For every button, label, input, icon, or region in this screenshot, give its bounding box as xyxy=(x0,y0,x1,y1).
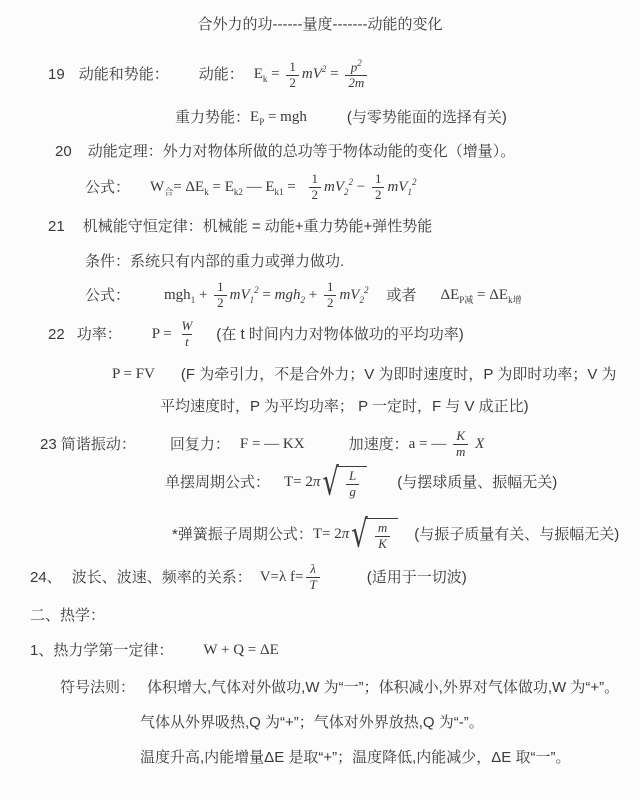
document-line: 气体从外界吸热,Q 为“+”；气体对外界放热,Q 为“-”。 xyxy=(0,712,640,732)
document-line: 19动能和势能：动能：Ek = 12mV2 = p22m xyxy=(0,59,640,91)
document-line: 20动能定理：外力对物体所做的总功等于物体动能的变化（增量）。 xyxy=(0,142,640,162)
text-run: (与振子质量有关、与振幅无关) xyxy=(414,525,619,545)
spacing-gap xyxy=(65,334,77,335)
text-run: 温度升高,内能增量ΔE 是取“+”；温度降低,内能减少，ΔE 取“一”。 xyxy=(140,748,570,768)
subscript: 2 xyxy=(344,187,349,197)
latin-text: ΔEP减 = ΔEk增 xyxy=(440,286,521,306)
text-run: 公式： xyxy=(85,178,130,198)
spacing-gap xyxy=(62,577,72,578)
document-line: 条件：系统只有内部的重力或弹力做功. xyxy=(0,252,640,272)
document-line: 平均速度时，P 为平均功率； P 一定时，F 与 V 成正比) xyxy=(0,397,640,417)
latin-text: P = FV xyxy=(112,365,155,385)
math-variable: mV12 xyxy=(230,286,259,306)
sqrt-expression: √Lg xyxy=(322,466,367,500)
fraction-denominator: m xyxy=(453,444,468,460)
document-line: 二、热学： xyxy=(0,605,640,625)
spacing-gap xyxy=(72,152,88,153)
subscript: 2 xyxy=(359,295,364,305)
fraction-numerator: m xyxy=(375,521,390,536)
text-run: (在 t 时间内力对物体做功的平均功率) xyxy=(216,325,464,345)
text-run: 机械能守恒定律：机械能 = 动能+重力势能+弹性势能 xyxy=(83,217,433,237)
spacing-gap xyxy=(323,577,367,578)
latin-text: + xyxy=(305,286,321,306)
text-run: 单摆周期公式： xyxy=(165,473,270,493)
subscript: k xyxy=(263,74,268,84)
spacing-gap xyxy=(65,227,83,228)
document-body: 合外力的功------量度-------动能的变化19动能和势能：动能：Ek =… xyxy=(0,15,640,767)
fraction-numerator: λ xyxy=(307,562,319,577)
text-run: 条件：系统只有内部的重力或弹力做功. xyxy=(85,252,344,272)
latin-text: T= 2 xyxy=(313,525,342,545)
radical-sign: √ xyxy=(322,464,339,502)
math-variable: mV22 xyxy=(324,178,353,198)
text-run: 24、 xyxy=(30,568,62,588)
spacing-gap xyxy=(244,75,254,76)
text-run: 符号法则： xyxy=(60,678,135,698)
math-fraction: Km xyxy=(453,429,468,460)
text-run: 重力势能： xyxy=(175,108,250,128)
superscript: 2 xyxy=(412,177,417,187)
latin-text: − xyxy=(353,178,369,198)
spacing-gap xyxy=(400,534,414,535)
spacing-gap xyxy=(369,482,397,483)
spacing-gap xyxy=(122,334,152,335)
latin-text: mgh1 + xyxy=(164,286,211,306)
math-variable: mV22 xyxy=(339,286,368,306)
document-line: 公式：W合= ΔEk = Ek2 — Ek1 = 12mV22 − 12mV12 xyxy=(0,172,640,203)
spacing-gap xyxy=(130,187,150,188)
math-fraction: Wt xyxy=(178,319,195,350)
text-run: *弹簧振子周期公式： xyxy=(172,525,313,545)
fraction-denominator: t xyxy=(182,334,192,350)
math-variable: mV12 xyxy=(387,178,416,198)
spacing-gap xyxy=(65,75,79,76)
document-line: P = FV(F 为牵引力，不是合外力；V 为即时速度时，P 为即时功率；V 为 xyxy=(0,365,640,385)
document-line: 单摆周期公式：T= 2π√Lg(与摆球质量、振幅无关) xyxy=(0,466,640,500)
document-line: 24、波长、波速、频率的关系：V=λ f=λT(适用于一切波) xyxy=(0,562,640,593)
text-run: 波长、波速、频率的关系： xyxy=(72,568,252,588)
spacing-gap xyxy=(169,75,199,76)
superscript: 2 xyxy=(357,58,362,68)
latin-text: a = — xyxy=(409,435,450,455)
text-run: 1、热力学第一定律： xyxy=(30,641,173,661)
spacing-gap xyxy=(300,187,306,188)
text-run: 加速度： xyxy=(349,435,409,455)
document-line: 22功率：P = Wt(在 t 时间内力对物体做功的平均功率) xyxy=(0,319,640,350)
fraction-denominator: 2 xyxy=(309,187,322,203)
spacing-gap xyxy=(130,295,164,296)
text-run: (适用于一切波) xyxy=(367,568,467,588)
subscript: k2 xyxy=(234,187,243,197)
subscript: 1 xyxy=(407,187,412,197)
fraction-numerator: L xyxy=(346,469,359,484)
latin-text: W合= ΔEk = Ek2 — Ek1 = xyxy=(150,178,299,198)
fraction-denominator: 2 xyxy=(324,295,337,311)
spacing-gap xyxy=(230,444,240,445)
document-line: 23 简谐振动：回复力：F = — KX加速度：a = — Km X xyxy=(0,429,640,460)
text-run: 20 xyxy=(55,142,72,162)
superscript: 2 xyxy=(364,285,369,295)
math-variable: mV2 xyxy=(302,65,327,85)
fraction-denominator: 2m xyxy=(345,75,367,91)
fraction-denominator: K xyxy=(375,536,390,552)
math-variable: X xyxy=(471,435,484,455)
latin-text: = xyxy=(326,65,342,85)
math-fraction: mK xyxy=(375,521,390,552)
math-fraction: p22m xyxy=(345,59,367,91)
math-fraction: 12 xyxy=(324,280,337,311)
math-fraction: 12 xyxy=(372,172,385,203)
fraction-numerator: W xyxy=(178,319,195,334)
fraction-numerator: 1 xyxy=(214,280,227,295)
text-run: 体积增大,气体对外做功,W 为“一”；体积减小,外界对气体做功,W 为“+”。 xyxy=(147,678,619,698)
document-line: 公式：mgh1 + 12mV12 = mgh2 + 12mV22或者ΔEP减 =… xyxy=(0,280,640,311)
subscript: k1 xyxy=(275,187,284,197)
fraction-numerator: 1 xyxy=(286,60,299,75)
fraction-numerator: 1 xyxy=(372,172,385,187)
subscript: 1 xyxy=(191,295,196,305)
spacing-gap xyxy=(307,118,347,119)
subscript: 合 xyxy=(164,187,173,197)
physics-notes-page: 合外力的功------量度-------动能的变化19动能和势能：动能：Ek =… xyxy=(0,0,640,800)
text-run: 19 xyxy=(48,65,65,85)
fraction-denominator: T xyxy=(306,577,319,593)
fraction-denominator: 2 xyxy=(372,187,385,203)
text-run: 公式： xyxy=(85,286,130,306)
spacing-gap xyxy=(173,650,203,651)
document-line: 重力势能：EP = mgh(与零势能面的选择有关) xyxy=(0,108,640,128)
text-run: 合外力的功------量度-------动能的变化 xyxy=(198,15,443,35)
document-line: 21机械能守恒定律：机械能 = 动能+重力势能+弹性势能 xyxy=(0,217,640,237)
text-run: 平均速度时，P 为平均功率； P 一定时，F 与 V 成正比) xyxy=(160,397,529,417)
text-run: (与零势能面的选择有关) xyxy=(347,108,507,128)
text-run: (与摆球质量、振幅无关) xyxy=(397,473,557,493)
text-run: 回复力： xyxy=(170,435,230,455)
document-line: 符号法则：体积增大,气体对外做功,W 为“一”；体积减小,外界对气体做功,W 为… xyxy=(0,677,640,697)
math-fraction: λT xyxy=(306,562,319,593)
text-run: 气体从外界吸热,Q 为“+”；气体对外界放热,Q 为“-”。 xyxy=(140,713,484,733)
math-variable: mgh2 xyxy=(275,286,305,306)
fraction-numerator: 1 xyxy=(324,280,337,295)
spacing-gap xyxy=(136,444,170,445)
document-line: 1、热力学第一定律：W + Q = ΔE xyxy=(0,640,640,660)
text-run: 22 xyxy=(48,325,65,345)
spacing-gap xyxy=(305,444,349,445)
latin-text: = xyxy=(259,286,275,306)
sqrt-expression: √mK xyxy=(351,518,398,552)
subscript: k增 xyxy=(508,295,522,305)
document-line: 温度升高,内能增量ΔE 是取“+”；温度降低,内能减少，ΔE 取“一”。 xyxy=(0,747,640,767)
math-variable: π xyxy=(313,473,321,493)
sqrt-content: Lg xyxy=(336,466,367,500)
latin-text: P = xyxy=(152,325,176,345)
spacing-gap xyxy=(416,295,440,296)
spacing-gap xyxy=(155,374,181,375)
text-run: 动能： xyxy=(199,65,244,85)
spacing-gap xyxy=(368,295,386,296)
math-fraction: 12 xyxy=(309,172,322,203)
fraction-denominator: 2 xyxy=(214,295,227,311)
spacing-gap xyxy=(198,334,216,335)
math-fraction: 12 xyxy=(286,60,299,91)
subscript: 1 xyxy=(250,295,255,305)
document-line: *弹簧振子周期公式：T= 2π√mK(与振子质量有关、与振幅无关) xyxy=(0,518,640,552)
document-line: 合外力的功------量度-------动能的变化 xyxy=(0,15,640,35)
subscript: P减 xyxy=(459,295,473,305)
sqrt-content: mK xyxy=(365,518,398,552)
math-fraction: Lg xyxy=(346,469,359,500)
fraction-numerator: K xyxy=(453,429,468,444)
latin-text: T= 2 xyxy=(284,473,313,493)
latin-text: W + Q = ΔE xyxy=(203,641,278,661)
fraction-denominator: 2 xyxy=(286,75,299,91)
fraction-numerator: p2 xyxy=(348,59,365,75)
latin-text: EP = mgh xyxy=(250,108,307,128)
latin-text: Ek = xyxy=(254,65,284,85)
text-run: 23 简谐振动： xyxy=(40,435,136,455)
fraction-numerator: 1 xyxy=(309,172,322,187)
text-run: 动能和势能： xyxy=(79,65,169,85)
text-run: 二、热学： xyxy=(30,606,105,626)
spacing-gap xyxy=(135,687,147,688)
radical-sign: √ xyxy=(351,516,368,554)
text-run: 功率： xyxy=(77,325,122,345)
fraction-denominator: g xyxy=(346,484,359,500)
math-fraction: 12 xyxy=(214,280,227,311)
latin-text: V=λ f= xyxy=(260,568,304,588)
text-run: (F 为牵引力，不是合外力；V 为即时速度时，P 为即时功率；V 为 xyxy=(181,365,617,385)
latin-text: F = — KX xyxy=(240,435,305,455)
text-run: 或者 xyxy=(386,286,416,306)
text-run: 21 xyxy=(48,217,65,237)
spacing-gap xyxy=(270,482,284,483)
math-variable: π xyxy=(342,525,350,545)
subscript: P xyxy=(259,117,264,127)
text-run: 动能定理：外力对物体所做的总功等于物体动能的变化（增量）。 xyxy=(88,142,516,162)
spacing-gap xyxy=(252,577,260,578)
subscript: k xyxy=(204,187,209,197)
